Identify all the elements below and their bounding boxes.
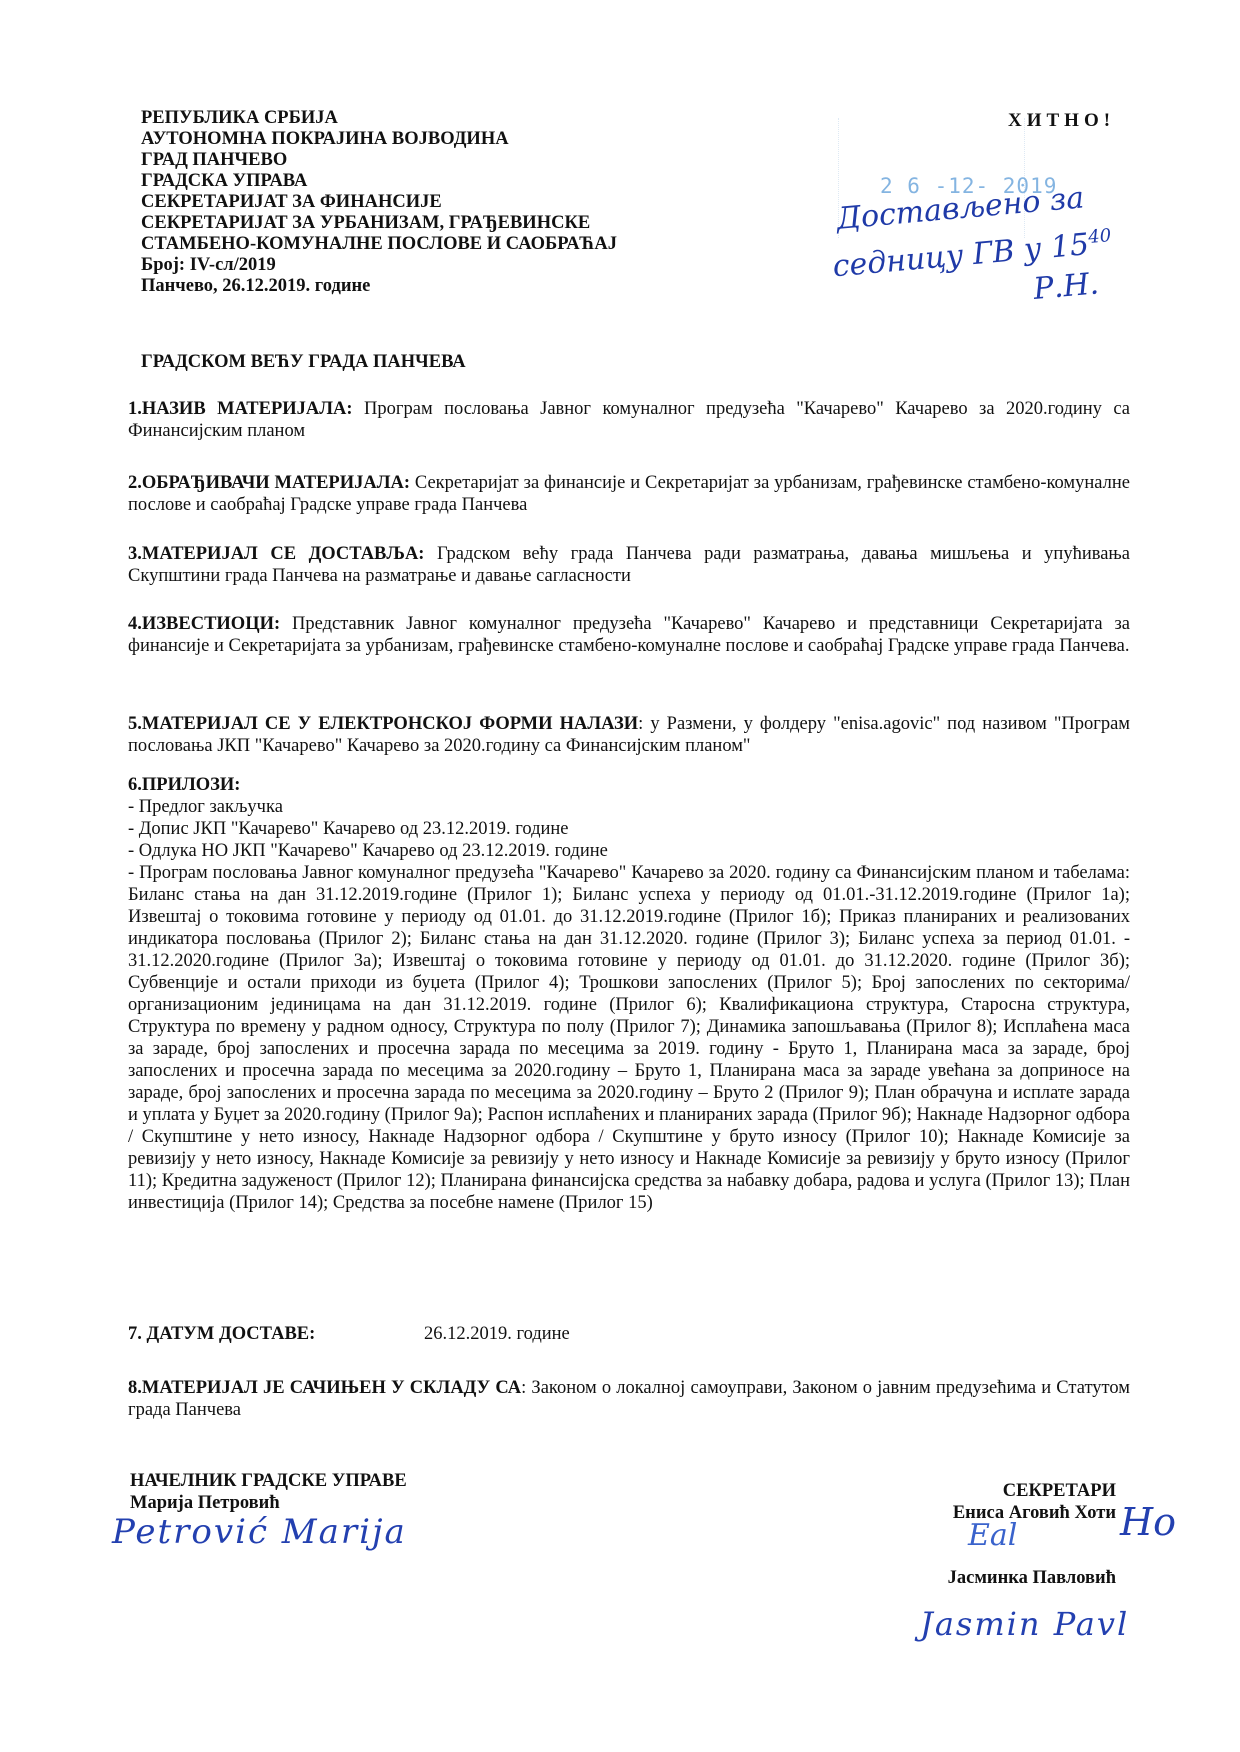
header-line-urban-secretariat: СЕКРЕТАРИЈАТ ЗА УРБАНИЗАМ, ГРАЂЕВИНСКЕ <box>141 213 617 234</box>
section-label: 5.МАТЕРИЈАЛ СЕ У ЕЛЕКТРОНСКОЈ ФОРМИ НАЛА… <box>128 714 638 734</box>
attachment-item: - Предлог закључка <box>128 796 1130 818</box>
section-label: 8.МАТЕРИЈАЛ ЈЕ САЧИЊЕН У СКЛАДУ СА <box>128 1378 521 1398</box>
handwritten-note-initials: Р.Н. <box>1032 263 1117 310</box>
section-electronic-location: 5.МАТЕРИЈАЛ СЕ У ЕЛЕКТРОНСКОЈ ФОРМИ НАЛА… <box>128 713 1130 757</box>
addressee: ГРАДСКОМ ВЕЋУ ГРАДА ПАНЧЕВА <box>141 352 466 373</box>
signatory-head-of-administration: НАЧЕЛНИК ГРАДСКЕ УПРАВЕ Марија Петровић <box>130 1470 407 1514</box>
section-delivery-date: 7. ДАТУМ ДОСТАВЕ: 26.12.2019. године <box>128 1323 1130 1345</box>
section-material-name: 1.НАЗИВ МАТЕРИЈАЛА: Програм пословања Ја… <box>128 398 1130 442</box>
handwritten-signature-right-1: Eal <box>968 1518 1017 1553</box>
section-label: 4.ИЗВЕСТИОЦИ: <box>128 614 280 634</box>
attachments-list: - Предлог закључка - Допис ЈКП "Качарево… <box>128 796 1130 1214</box>
delivery-date-value: 26.12.2019. године <box>424 1323 570 1345</box>
signatory-name: Марија Петровић <box>130 1492 407 1514</box>
attachment-item: - Допис ЈКП "Качарево" Качарево од 23.12… <box>128 818 1130 840</box>
document-page: РЕПУБЛИКА СРБИЈА АУТОНОМНА ПОКРАЈИНА ВОЈ… <box>0 0 1240 1752</box>
document-number: Број: IV-сл/2019 <box>141 255 617 276</box>
section-label: 3.МАТЕРИЈАЛ СЕ ДОСТАВЉА: <box>128 544 424 564</box>
section-label: 7. ДАТУМ ДОСТАВЕ: <box>128 1324 315 1344</box>
attachment-item: - Одлука НО ЈКП "Качарево" Качарево од 2… <box>128 840 1130 862</box>
header-line-urban-secretariat-cont: СТАМБЕНО-КОМУНАЛНЕ ПОСЛОВЕ И САОБРАЋАЈ <box>141 234 617 255</box>
place-date: Панчево, 26.12.2019. године <box>141 276 617 297</box>
header-line-administration: ГРАДСКА УПРАВА <box>141 171 617 192</box>
section-label: 1.НАЗИВ МАТЕРИЈАЛА: <box>128 399 353 419</box>
header-line-finance-secretariat: СЕКРЕТАРИЈАТ ЗА ФИНАНСИЈЕ <box>141 192 617 213</box>
issuer-header: РЕПУБЛИКА СРБИЈА АУТОНОМНА ПОКРАЈИНА ВОЈ… <box>141 108 617 297</box>
signatory-title: СЕКРЕТАРИ <box>948 1480 1116 1502</box>
handwritten-note: Достављено за седницу ГВ у 1540 Р.Н. <box>835 176 1117 326</box>
section-rapporteurs: 4.ИЗВЕСТИОЦИ: Представник Јавног комунал… <box>128 613 1130 657</box>
handwritten-signature-right-2: Jasmin Pavl <box>920 1605 1129 1643</box>
handwritten-initials-right: Ho <box>1120 1500 1176 1544</box>
header-line-republic: РЕПУБЛИКА СРБИЈА <box>141 108 617 129</box>
header-line-province: АУТОНОМНА ПОКРАЈИНА ВОЈВОДИНА <box>141 129 617 150</box>
section-material-authors: 2.ОБРАЂИВАЧИ МАТЕРИЈАЛА: Секретаријат за… <box>128 472 1130 516</box>
section-label: 2.ОБРАЂИВАЧИ МАТЕРИЈАЛА: <box>128 473 410 493</box>
section-legal-basis: 8.МАТЕРИЈАЛ ЈЕ САЧИЊЕН У СКЛАДУ СА: Зако… <box>128 1377 1130 1421</box>
attachment-item: - Програм пословања Јавног комуналног пр… <box>128 862 1130 1214</box>
section-material-delivered-to: 3.МАТЕРИЈАЛ СЕ ДОСТАВЉА: Градском већу г… <box>128 543 1130 587</box>
header-line-city: ГРАД ПАНЧЕВО <box>141 150 617 171</box>
section-label: 6.ПРИЛОЗИ: <box>128 774 1130 796</box>
section-attachments: 6.ПРИЛОЗИ: - Предлог закључка - Допис ЈК… <box>128 774 1130 1214</box>
signatory-name-2: Јасминка Павловић <box>948 1567 1116 1589</box>
handwritten-signature-left: Petrović Marija <box>112 1512 407 1552</box>
signatory-title: НАЧЕЛНИК ГРАДСКЕ УПРАВЕ <box>130 1470 407 1492</box>
handwritten-time-minutes: 40 <box>1087 225 1112 248</box>
